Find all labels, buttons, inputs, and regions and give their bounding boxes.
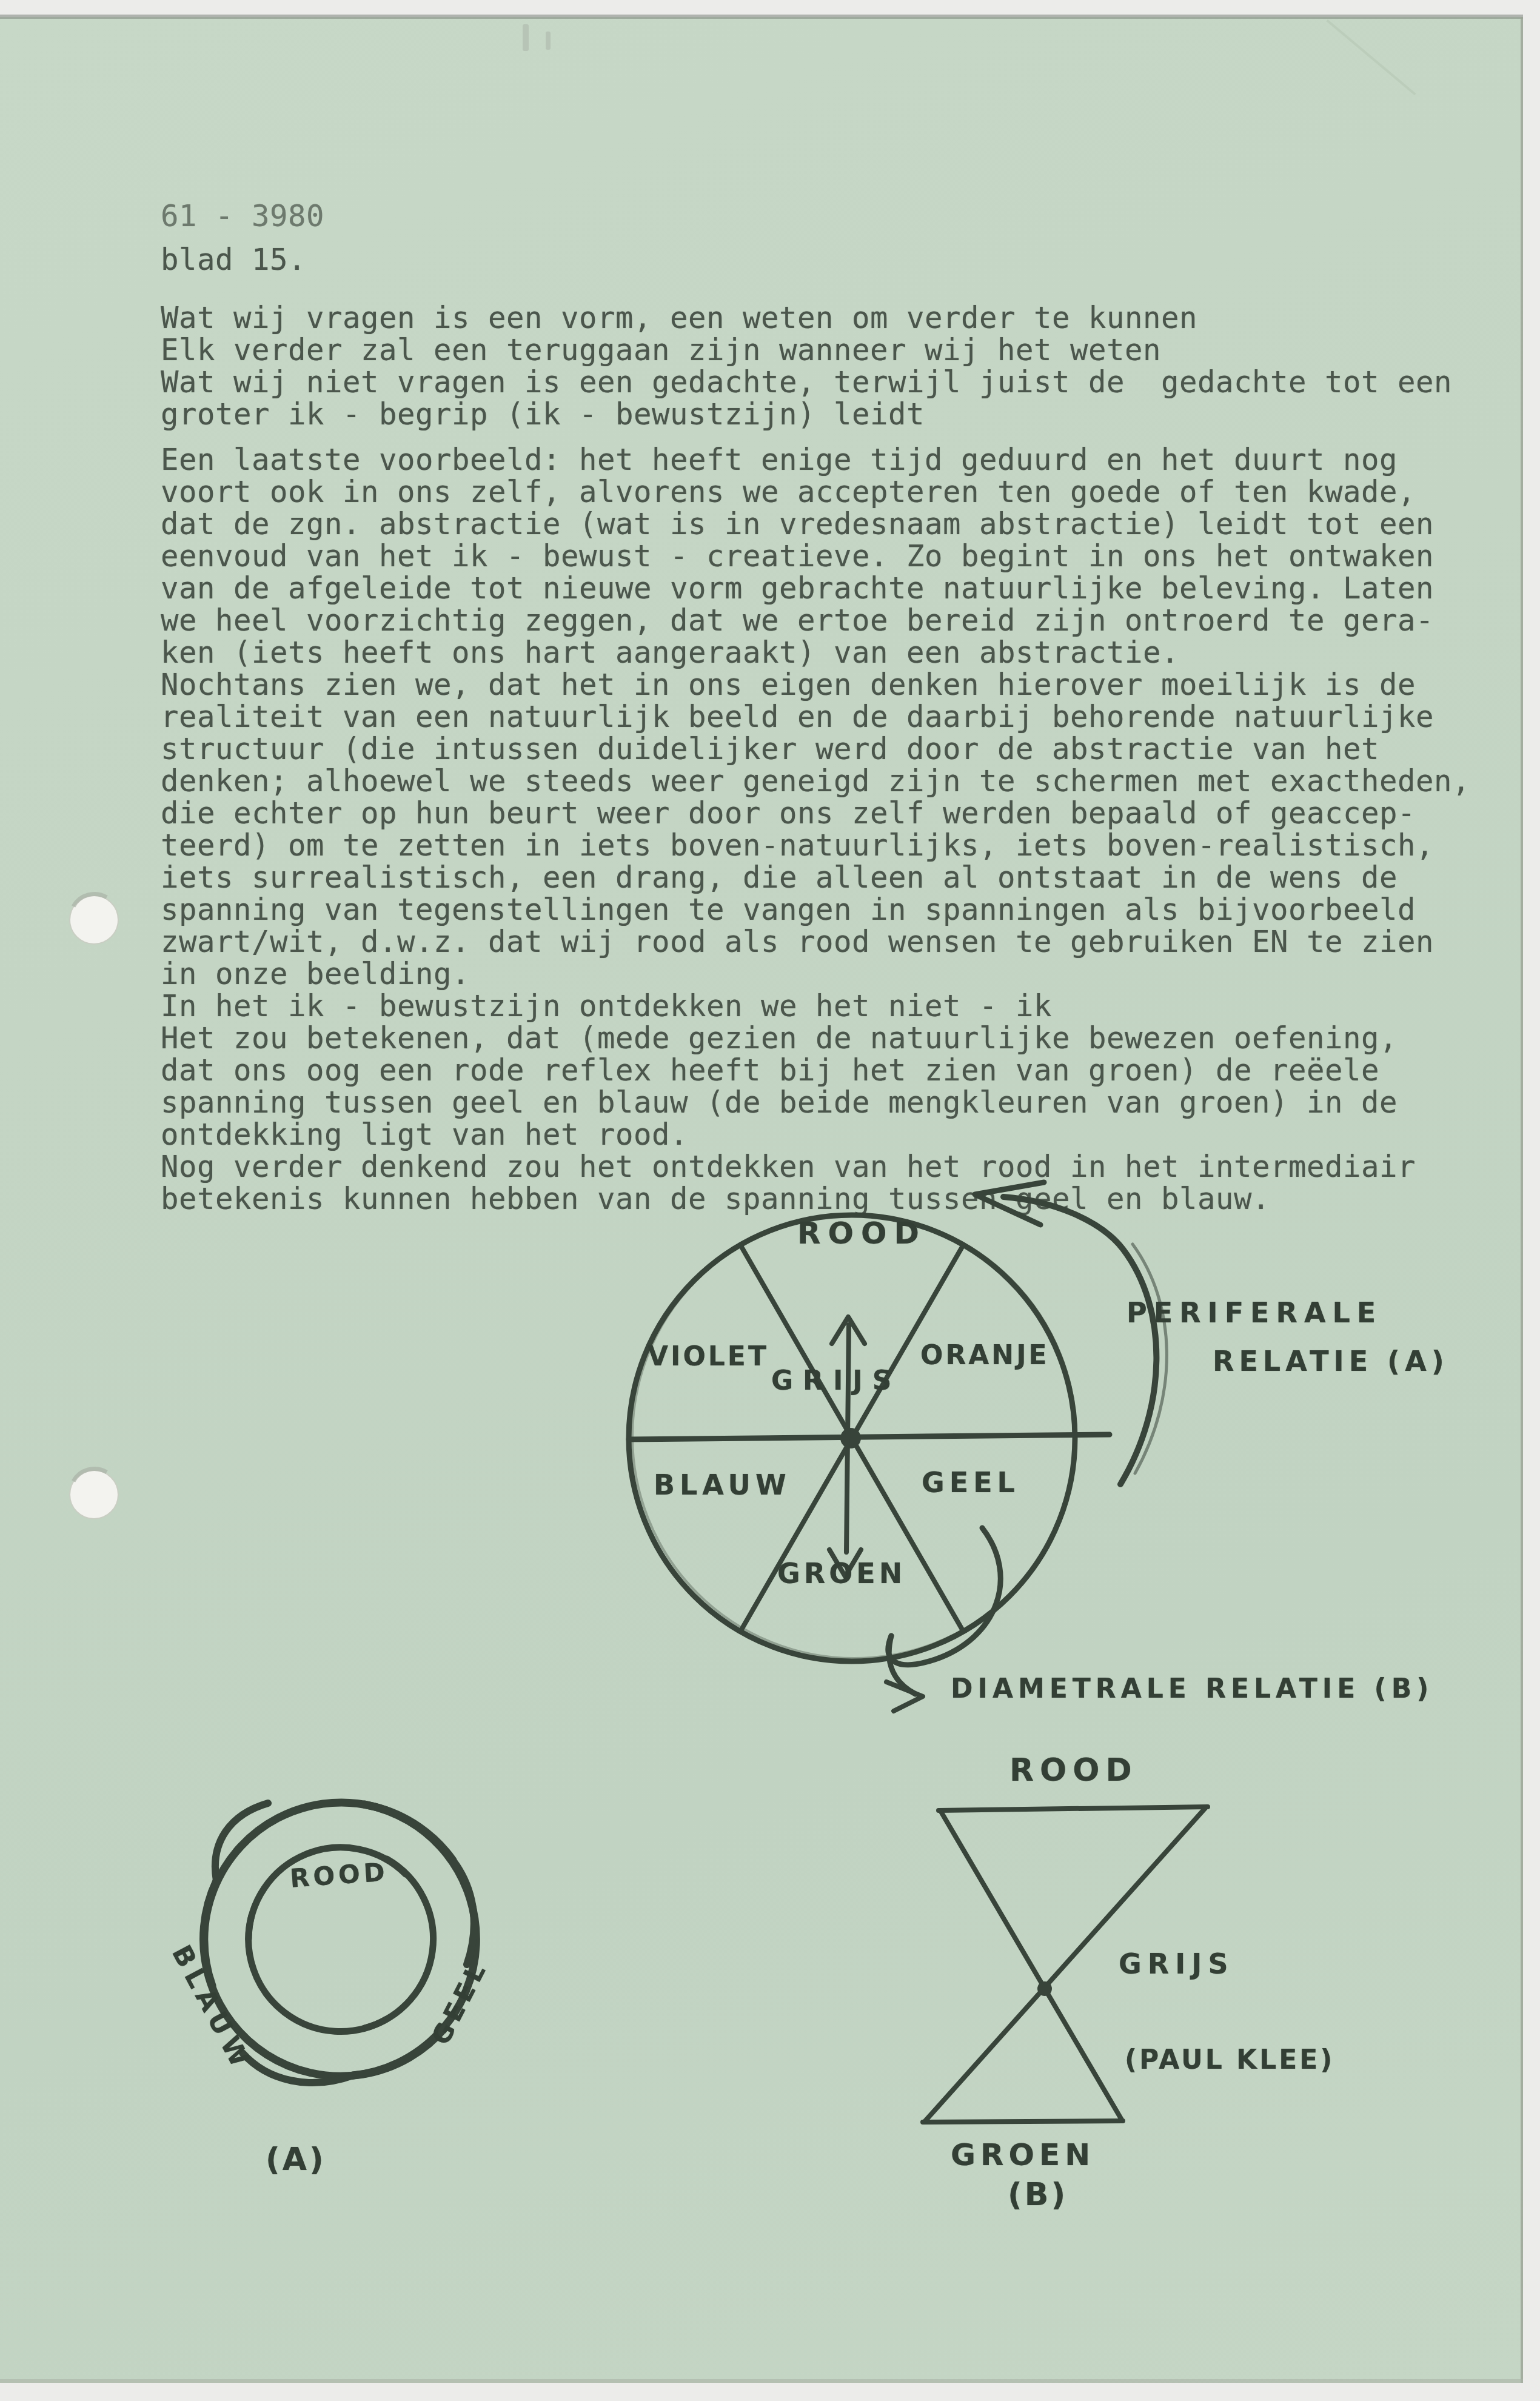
hourglass-figure-caption: (B) (1008, 2177, 1068, 2213)
hourglass-label-rood: ROOD (1009, 1752, 1138, 1789)
diametral-relation-note: DIAMETRALE RELATIE (B) (951, 1673, 1433, 1704)
swirl-figure-caption: (A) (266, 2141, 326, 2178)
color-wheel-drawing (629, 1214, 1110, 1661)
peripheral-relation-note-line2: RELATIE (A) (1213, 1345, 1449, 1378)
scanned-document-page: 61 - 3980 blad 15. Wat wij vragen is een… (0, 0, 1540, 2401)
wheel-label-blauw: BLAUW (654, 1468, 791, 1501)
punch-hole-bottom (70, 1469, 118, 1519)
wheel-label-oranje: ORANJE (920, 1340, 1050, 1371)
hourglass-label-grijs: GRIJS (1119, 1947, 1234, 1980)
peripheral-relation-note-line1: PERIFERALE (1127, 1296, 1382, 1329)
wheel-label-groen: GROEN (777, 1557, 906, 1590)
punch-hole-top (70, 894, 118, 944)
wheel-label-rood: ROOD (797, 1216, 926, 1251)
hourglass-attribution-paul-klee: (PAUL KLEE) (1125, 2044, 1334, 2075)
hourglass-label-groen: GROEN (951, 2137, 1095, 2172)
peripheral-relation-arrow (975, 1182, 1167, 1484)
wheel-label-grijs: GRIJS (771, 1365, 901, 1396)
wheel-label-violet: VIOLET (648, 1341, 769, 1372)
wheel-label-geel: GEEL (922, 1466, 1020, 1499)
